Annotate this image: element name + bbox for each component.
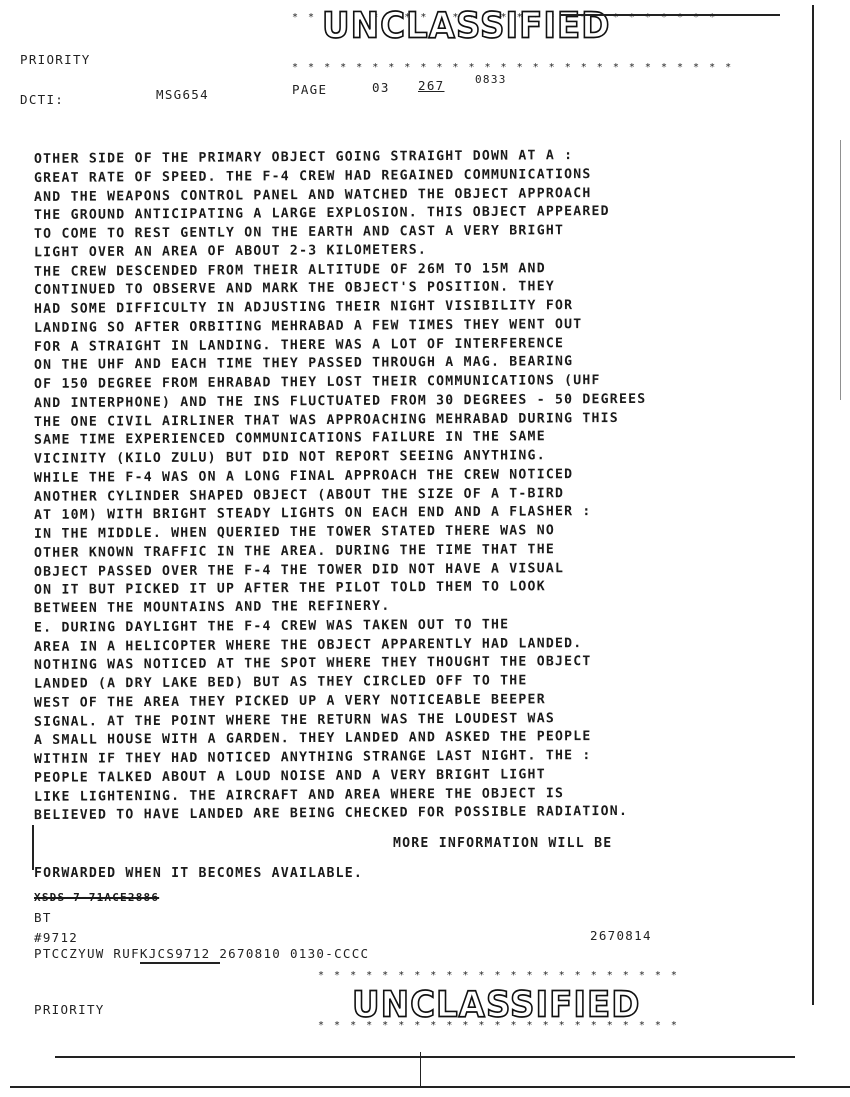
body-line: AT 10M) WITH BRIGHT STEADY LIGHTS ON EAC… xyxy=(34,504,592,523)
bottom-tick xyxy=(420,1052,421,1087)
body-line: BETWEEN THE MOUNTAINS AND THE REFINERY. xyxy=(34,599,391,616)
body-line: OTHER KNOWN TRAFFIC IN THE AREA. DURING … xyxy=(34,542,555,561)
body-line: AND INTERPHONE) AND THE INS FLUCTUATED F… xyxy=(34,392,646,411)
body-line: WEST OF THE AREA THEY PICKED UP A VERY N… xyxy=(34,692,546,711)
header-suffix: 0833 xyxy=(475,73,507,86)
body-line: LIKE LIGHTENING. THE AIRCRAFT AND AREA W… xyxy=(34,786,564,805)
bt-marker: BT xyxy=(34,910,52,925)
body-line: ANOTHER CYLINDER SHAPED OBJECT (ABOUT TH… xyxy=(34,486,564,505)
body-line: GREAT RATE OF SPEED. THE F-4 CREW HAD RE… xyxy=(34,167,592,186)
body-line: HAD SOME DIFFICULTY IN ADJUSTING THEIR N… xyxy=(34,298,573,317)
body-line: ON THE UHF AND EACH TIME THEY PASSED THR… xyxy=(34,354,573,373)
body-line: SIGNAL. AT THE POINT WHERE THE RETURN WA… xyxy=(34,711,555,730)
body-line: NOTHING WAS NOTICED AT THE SPOT WHERE TH… xyxy=(34,654,592,673)
page-number: 03 xyxy=(372,80,390,95)
body-line: LANDED (A DRY LAKE BED) BUT AS THEY CIRC… xyxy=(34,673,528,691)
routing-line: PTCCZYUW RUFKJCS9712 2670810 0130-CCCC xyxy=(34,946,369,961)
right-border-faint xyxy=(840,140,841,400)
body-line: VICINITY (KILO ZULU) BUT DID NOT REPORT … xyxy=(34,448,546,467)
left-bracket xyxy=(32,825,34,870)
body-line: BELIEVED TO HAVE LANDED ARE BEING CHECKE… xyxy=(34,804,628,823)
body-line: THE CREW DESCENDED FROM THEIR ALTITUDE O… xyxy=(34,261,546,280)
message-number: #9712 xyxy=(34,930,78,945)
body-line: FOR A STRAIGHT IN LANDING. THERE WAS A L… xyxy=(34,336,564,355)
body-line: E. DURING DAYLIGHT THE F-4 CREW WAS TAKE… xyxy=(34,617,509,635)
body-line: OBJECT PASSED OVER THE F-4 THE TOWER DID… xyxy=(34,561,564,580)
stamp-border-bottom-bottom: * * * * * * * * * * * * * * * * * * * * … xyxy=(318,1020,679,1031)
bottom-rule-1 xyxy=(55,1056,795,1058)
precedence-bottom: PRIORITY xyxy=(34,1002,105,1017)
classification-stamp-top: UNCLASSIFIED xyxy=(322,5,610,47)
body-line: WITHIN IF THEY HAD NOTICED ANYTHING STRA… xyxy=(34,748,592,767)
routing-underline xyxy=(140,962,220,964)
dtg-label: DCTI: xyxy=(20,92,64,107)
body-line: THE ONE CIVIL AIRLINER THAT WAS APPROACH… xyxy=(34,410,619,429)
body-line: A SMALL HOUSE WITH A GARDEN. THEY LANDED… xyxy=(34,729,592,748)
bottom-rule-2 xyxy=(10,1086,850,1088)
body-line: ON IT BUT PICKED IT UP AFTER THE PILOT T… xyxy=(34,579,546,598)
page-label: PAGE xyxy=(292,82,327,97)
body-line: OTHER SIDE OF THE PRIMARY OBJECT GOING S… xyxy=(34,148,573,167)
stamp-border-bottom: * * * * * * * * * * * * * * * * * * * * … xyxy=(292,62,733,73)
struck-line: XSDS-7-71ACE2886 xyxy=(34,891,159,904)
message-id: MSG654 xyxy=(156,87,209,102)
body-line: CONTINUED TO OBSERVE AND MARK THE OBJECT… xyxy=(34,279,555,298)
top-rule xyxy=(560,14,780,16)
body-line: SAME TIME EXPERIENCED COMMUNICATIONS FAI… xyxy=(34,429,546,448)
body-line: AREA IN A HELICOPTER WHERE THE OBJECT AP… xyxy=(34,636,582,655)
forwarded-line: FORWARDED WHEN IT BECOMES AVAILABLE. xyxy=(34,866,363,881)
body-line: THE GROUND ANTICIPATING A LARGE EXPLOSIO… xyxy=(34,204,610,223)
body-line: PEOPLE TALKED ABOUT A LOUD NOISE AND A V… xyxy=(34,767,546,786)
footer-dtg: 2670814 xyxy=(590,928,652,943)
stamp-border-top-bottom: * * * * * * * * * * * * * * * * * * * * … xyxy=(318,970,679,981)
body-line: LIGHT OVER AN AREA OF ABOUT 2-3 KILOMETE… xyxy=(34,242,427,260)
body-line: WHILE THE F-4 WAS ON A LONG FINAL APPROA… xyxy=(34,467,573,486)
more-info-line: MORE INFORMATION WILL BE xyxy=(393,836,612,851)
body-line: LANDING SO AFTER ORBITING MEHRABAD A FEW… xyxy=(34,317,582,336)
body-line: TO COME TO REST GENTLY ON THE EARTH AND … xyxy=(34,223,564,242)
body-line: IN THE MIDDLE. WHEN QUERIED THE TOWER ST… xyxy=(34,523,555,542)
julian-date: 267 xyxy=(418,78,444,93)
body-line: OF 150 DEGREE FROM EHRABAD THEY LOST THE… xyxy=(34,373,601,392)
right-border xyxy=(812,5,814,1005)
body-line: AND THE WEAPONS CONTROL PANEL AND WATCHE… xyxy=(34,186,592,205)
precedence-top: PRIORITY xyxy=(20,52,91,67)
